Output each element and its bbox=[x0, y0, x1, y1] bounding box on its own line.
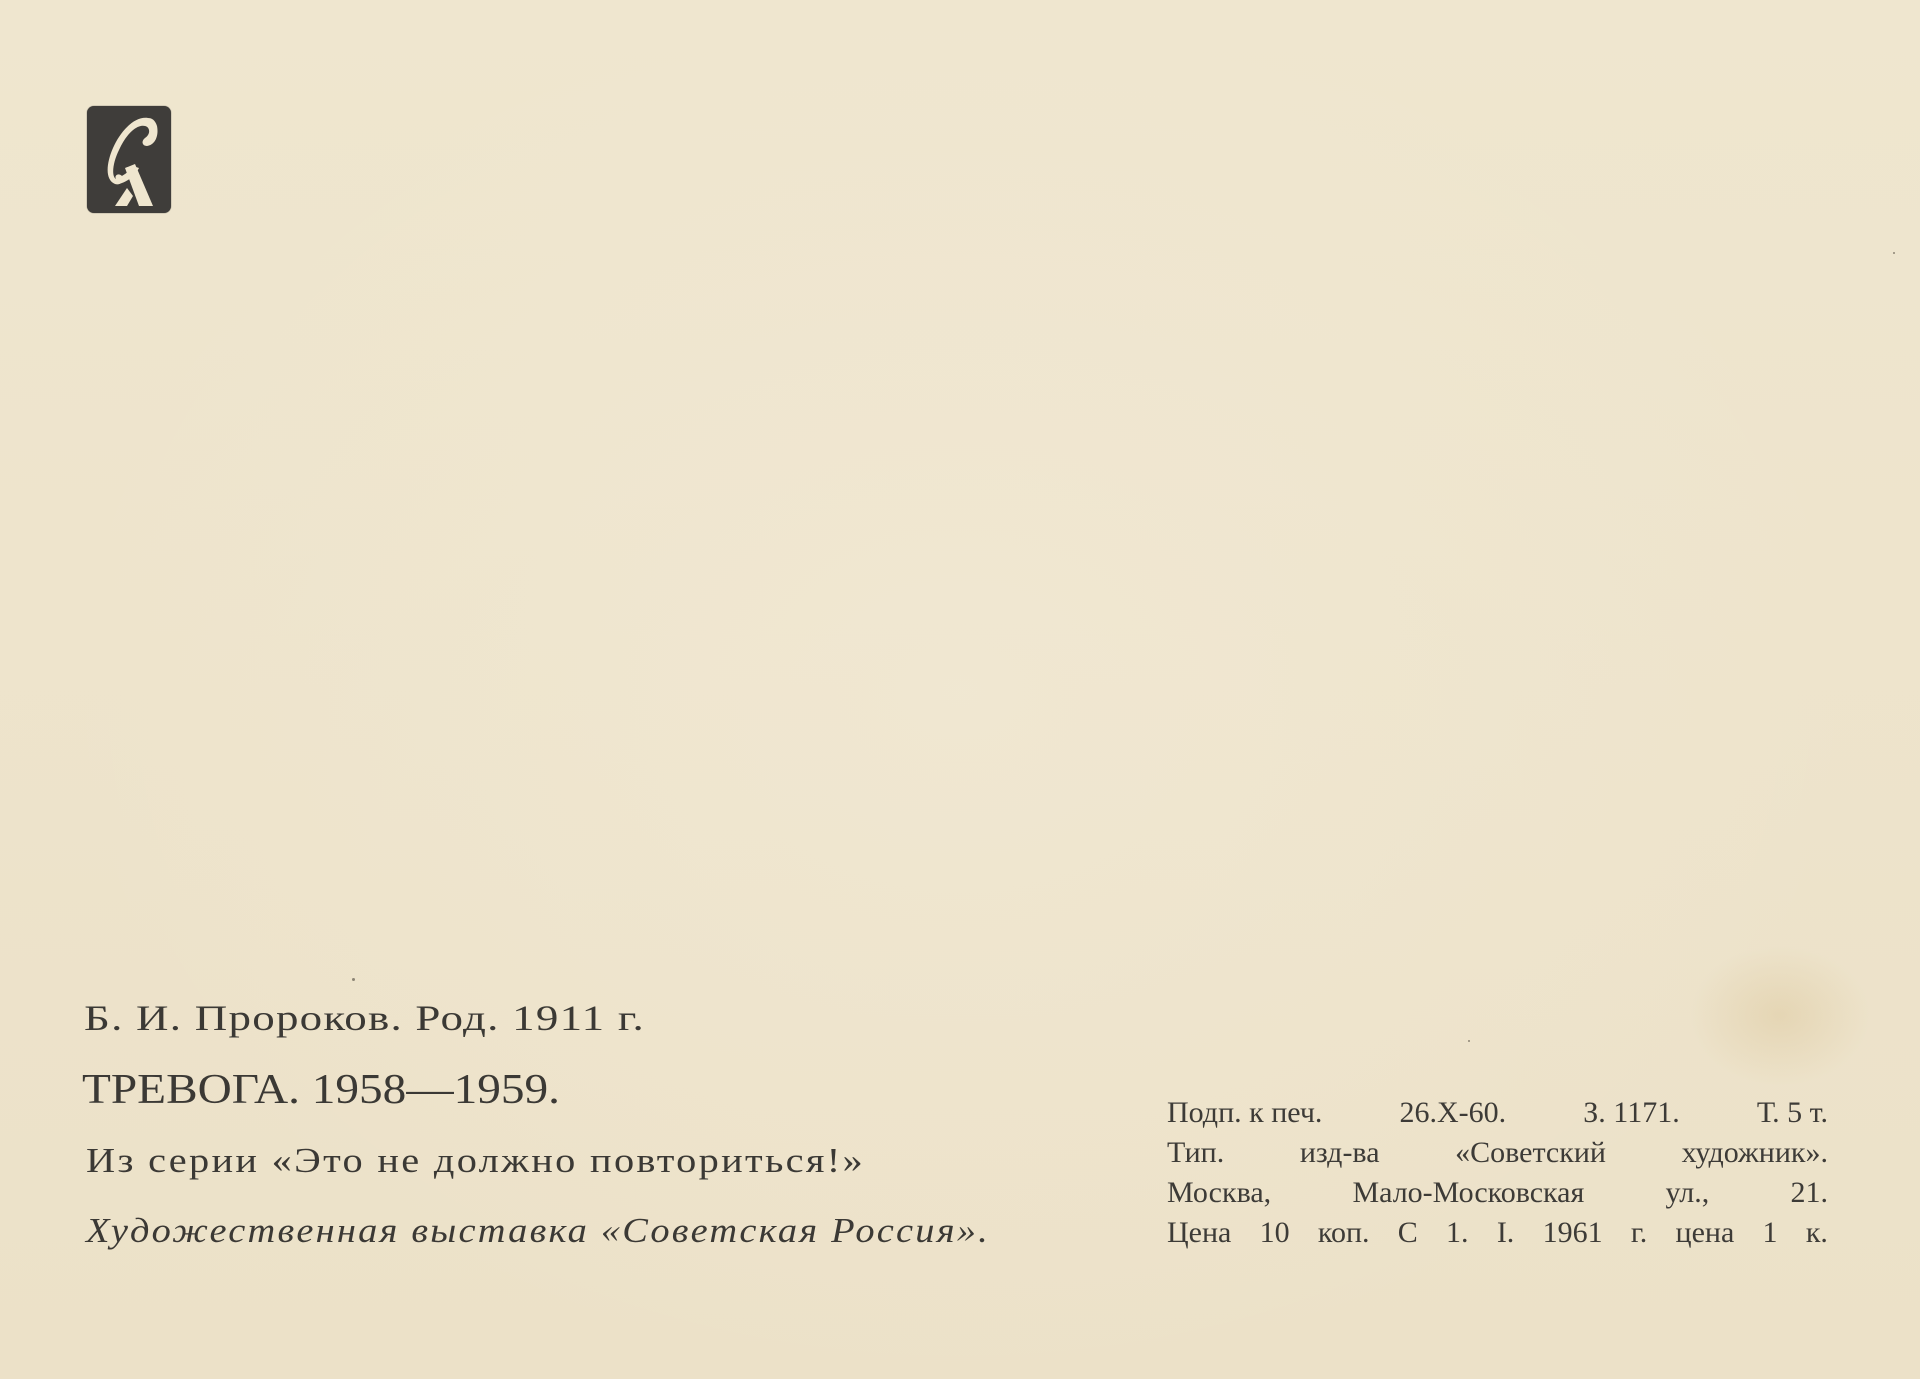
imprint-word: Тип. bbox=[1167, 1133, 1224, 1173]
imprint-line-address: Москва,Мало-Московскаяул.,21. bbox=[1167, 1173, 1828, 1213]
imprint-word: коп. bbox=[1318, 1213, 1370, 1253]
imprint-word: Подп. к печ. bbox=[1167, 1093, 1322, 1133]
publisher-logo bbox=[87, 106, 171, 213]
paper-speck bbox=[1468, 1040, 1470, 1042]
imprint-word: Мало-Московская bbox=[1352, 1173, 1584, 1213]
publisher-monogram-icon bbox=[87, 106, 171, 213]
imprint-word: Москва, bbox=[1167, 1173, 1271, 1213]
imprint-word: изд-ва bbox=[1300, 1133, 1380, 1173]
imprint-word: 26.X-60. bbox=[1400, 1093, 1507, 1133]
printing-imprint: Подп. к печ.26.X-60.З. 1171.Т. 5 т. Тип.… bbox=[1167, 1093, 1828, 1253]
imprint-word: 1. bbox=[1446, 1213, 1469, 1253]
imprint-word: Т. 5 т. bbox=[1757, 1093, 1828, 1133]
imprint-word: художник». bbox=[1682, 1133, 1828, 1173]
imprint-line-price: Цена10коп.С1.I.1961г.цена1к. bbox=[1167, 1213, 1828, 1253]
imprint-line-signed-to-print: Подп. к печ.26.X-60.З. 1171.Т. 5 т. bbox=[1167, 1093, 1828, 1133]
author-line: Б. И. Пророков. Род. 1911 г. bbox=[84, 1000, 645, 1036]
series-line: Из серии «Это не должно повториться!» bbox=[86, 1143, 865, 1178]
imprint-word: 1 bbox=[1763, 1213, 1778, 1253]
imprint-word: 21. bbox=[1791, 1173, 1829, 1213]
imprint-word: цена bbox=[1676, 1213, 1735, 1253]
imprint-word: I. bbox=[1497, 1213, 1515, 1253]
imprint-word: 10 bbox=[1260, 1213, 1290, 1253]
paper-speck bbox=[352, 978, 355, 981]
exhibition-line: Художественная выставка «Советская Росси… bbox=[86, 1213, 990, 1248]
imprint-word: г. bbox=[1631, 1213, 1647, 1253]
imprint-word: С bbox=[1398, 1213, 1418, 1253]
imprint-word: Цена bbox=[1167, 1213, 1231, 1253]
paper-speck bbox=[1893, 252, 1895, 254]
imprint-word: «Советский bbox=[1455, 1133, 1606, 1173]
imprint-word: З. 1171. bbox=[1583, 1093, 1679, 1133]
imprint-line-printing-house: Тип.изд-ва«Советскийхудожник». bbox=[1167, 1133, 1828, 1173]
artwork-title: ТРЕВОГА. 1958—1959. bbox=[82, 1069, 560, 1111]
imprint-word: 1961 bbox=[1543, 1213, 1603, 1253]
imprint-word: ул., bbox=[1666, 1173, 1710, 1213]
imprint-word: к. bbox=[1806, 1213, 1828, 1253]
